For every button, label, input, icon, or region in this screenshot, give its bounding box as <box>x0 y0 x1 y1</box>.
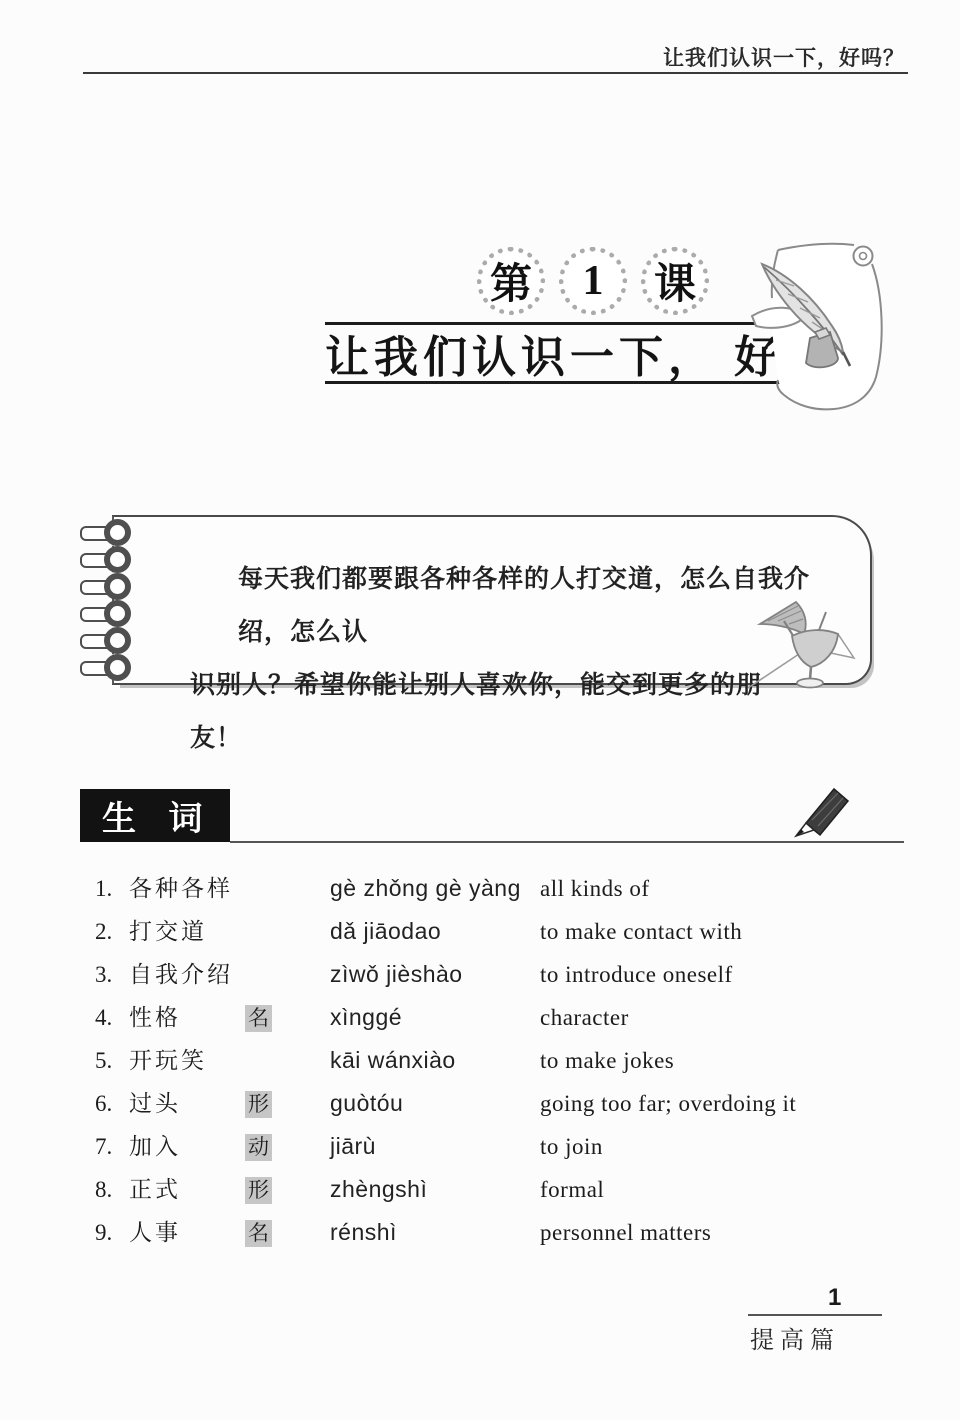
vocab-number: 6. <box>95 1091 129 1117</box>
vocab-english: to introduce oneself <box>540 962 905 988</box>
vocab-english: to make jokes <box>540 1048 905 1074</box>
vocab-pinyin: kāi wánxiào <box>330 1047 540 1074</box>
vocab-pinyin: rénshì <box>330 1219 540 1246</box>
vocab-pinyin: gè zhǒng gè yàng <box>330 875 540 902</box>
footer-rule <box>748 1314 882 1316</box>
vocab-row: 5.开玩笑 kāi wánxiào to make jokes <box>95 1042 905 1085</box>
vocab-number: 5. <box>95 1048 129 1074</box>
vocab-pinyin: zìwǒ jièshào <box>330 961 540 988</box>
vocab-english: all kinds of <box>540 876 905 902</box>
vocab-english: character <box>540 1005 905 1031</box>
vocab-number: 1. <box>95 876 129 902</box>
vocab-row: 4.性格 名 xìnggé character <box>95 999 905 1042</box>
page-number: 1 <box>828 1284 841 1312</box>
vocab-english: to make contact with <box>540 919 905 945</box>
vocab-number: 4. <box>95 1005 129 1031</box>
vocab-row: 1.各种各样 gè zhǒng gè yàng all kinds of <box>95 870 905 913</box>
binder-ring <box>80 546 140 572</box>
binder-ring <box>80 519 140 545</box>
vocab-row: 6.过头 形 guòtóu going too far; overdoing i… <box>95 1085 905 1128</box>
binder-ring <box>80 573 140 599</box>
header-rule <box>83 72 908 74</box>
vocab-pinyin: jiārù <box>330 1133 540 1160</box>
vocab-pos-badge: 名 <box>245 1005 272 1032</box>
vocab-number: 2. <box>95 919 129 945</box>
vocab-number: 7. <box>95 1134 129 1160</box>
running-head-title: 让我们认识一下，好吗？ <box>663 42 905 72</box>
vocab-word: 各种各样 <box>129 876 233 901</box>
vocab-row: 7.加入 动 jiārù to join <box>95 1128 905 1171</box>
vocab-word: 加入 <box>129 1134 181 1159</box>
binder-ring <box>80 600 140 626</box>
vocab-word: 打交道 <box>129 919 207 944</box>
series-label: 提高篇 <box>750 1320 840 1355</box>
lesson-badge-suffix: 课 <box>641 247 709 315</box>
intro-line-2: 识别人？希望你能让别人喜欢你，能交到更多的朋友！ <box>190 659 810 765</box>
lesson-badge-prefix: 第 <box>477 247 545 315</box>
textbook-page: 让我们认识一下，好吗？ 第 1 课 让我们认识一下， 好吗？ 每天我们都要跟各种… <box>0 0 960 1420</box>
quill-scroll-icon <box>742 236 894 422</box>
vocab-english: personnel matters <box>540 1220 905 1246</box>
vocab-section-heading: 生 词 <box>80 789 230 842</box>
cocktail-icon <box>744 594 860 692</box>
vocab-number: 8. <box>95 1177 129 1203</box>
vocab-english: going too far; overdoing it <box>540 1091 905 1117</box>
vocab-pinyin: xìnggé <box>330 1004 540 1031</box>
vocab-pinyin: guòtóu <box>330 1090 540 1117</box>
vocab-row: 3.自我介绍 zìwǒ jièshào to introduce oneself <box>95 956 905 999</box>
vocab-row: 8.正式 形 zhèngshì formal <box>95 1171 905 1214</box>
vocab-pos-badge: 名 <box>245 1220 272 1247</box>
vocab-word: 自我介绍 <box>129 962 233 987</box>
binder-ring <box>80 654 140 680</box>
vocab-row: 9.人事 名 rénshì personnel matters <box>95 1214 905 1257</box>
intro-line-1: 每天我们都要跟各种各样的人打交道，怎么自我介绍，怎么认 <box>190 553 810 659</box>
vocab-list: 1.各种各样 gè zhǒng gè yàng all kinds of 2.打… <box>95 870 905 1257</box>
vocab-row: 2.打交道 dǎ jiāodao to make contact with <box>95 913 905 956</box>
vocab-pinyin: zhèngshì <box>330 1176 540 1203</box>
lesson-badge-number: 1 <box>559 247 627 315</box>
vocab-english: to join <box>540 1134 905 1160</box>
vocab-word: 开玩笑 <box>129 1048 207 1073</box>
vocab-word: 人事 <box>129 1220 181 1245</box>
vocab-pinyin: dǎ jiāodao <box>330 918 540 945</box>
vocab-pos-badge: 动 <box>245 1134 272 1161</box>
vocab-english: formal <box>540 1177 905 1203</box>
vocab-word: 性格 <box>129 1005 181 1030</box>
vocab-number: 3. <box>95 962 129 988</box>
vocab-pos-badge: 形 <box>245 1177 272 1204</box>
vocab-pos-badge: 形 <box>245 1091 272 1118</box>
intro-text: 每天我们都要跟各种各样的人打交道，怎么自我介绍，怎么认 识别人？希望你能让别人喜… <box>190 553 810 765</box>
vocab-word: 过头 <box>129 1091 181 1116</box>
binder-ring <box>80 627 140 653</box>
pencil-icon <box>782 783 864 845</box>
lesson-number-badge: 第 1 课 <box>477 247 709 315</box>
vocab-word: 正式 <box>129 1177 181 1202</box>
vocab-number: 9. <box>95 1220 129 1246</box>
